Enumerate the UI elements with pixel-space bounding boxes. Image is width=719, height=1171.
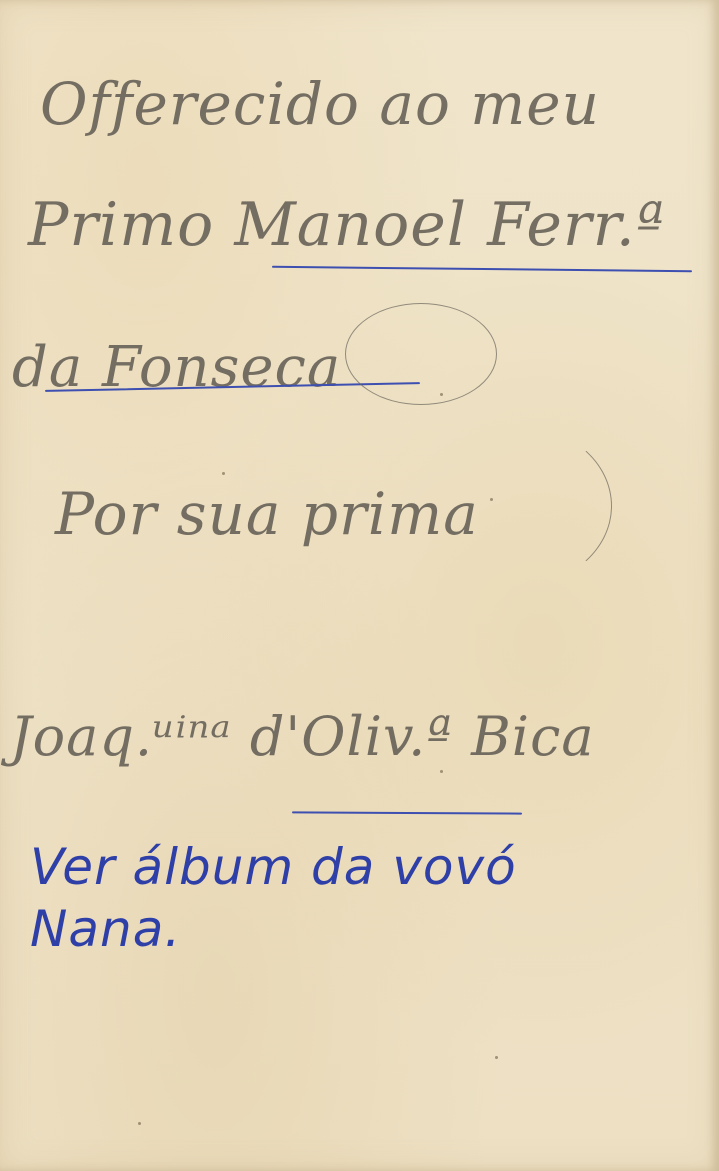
dedication-line-1: Offerecido ao meu bbox=[40, 70, 600, 138]
photo-card-back: Offerecido ao meu Primo Manoel Ferr.ª da… bbox=[0, 0, 719, 1171]
dedication-line-4: Por sua prima bbox=[55, 480, 479, 548]
pencil-flourish-loop bbox=[345, 303, 497, 405]
paper-speck bbox=[440, 393, 443, 396]
pencil-flourish-arc bbox=[420, 425, 612, 587]
paper-speck bbox=[490, 498, 493, 501]
signature-line: Joaq.ᵘⁱⁿᵃ d'Oliv.ª Bica bbox=[10, 705, 595, 768]
paper-speck bbox=[495, 1056, 498, 1059]
dedication-line-2: Primo Manoel Ferr.ª bbox=[28, 190, 665, 260]
paper-speck bbox=[222, 472, 225, 475]
paper-speck bbox=[440, 770, 443, 773]
underline-oliveira bbox=[292, 811, 522, 814]
paper-speck bbox=[138, 1122, 141, 1125]
ink-note-line-1: Ver álbum da vovó bbox=[30, 838, 517, 896]
ink-note-line-2: Nana. bbox=[30, 900, 181, 958]
underline-manoel bbox=[272, 266, 692, 272]
